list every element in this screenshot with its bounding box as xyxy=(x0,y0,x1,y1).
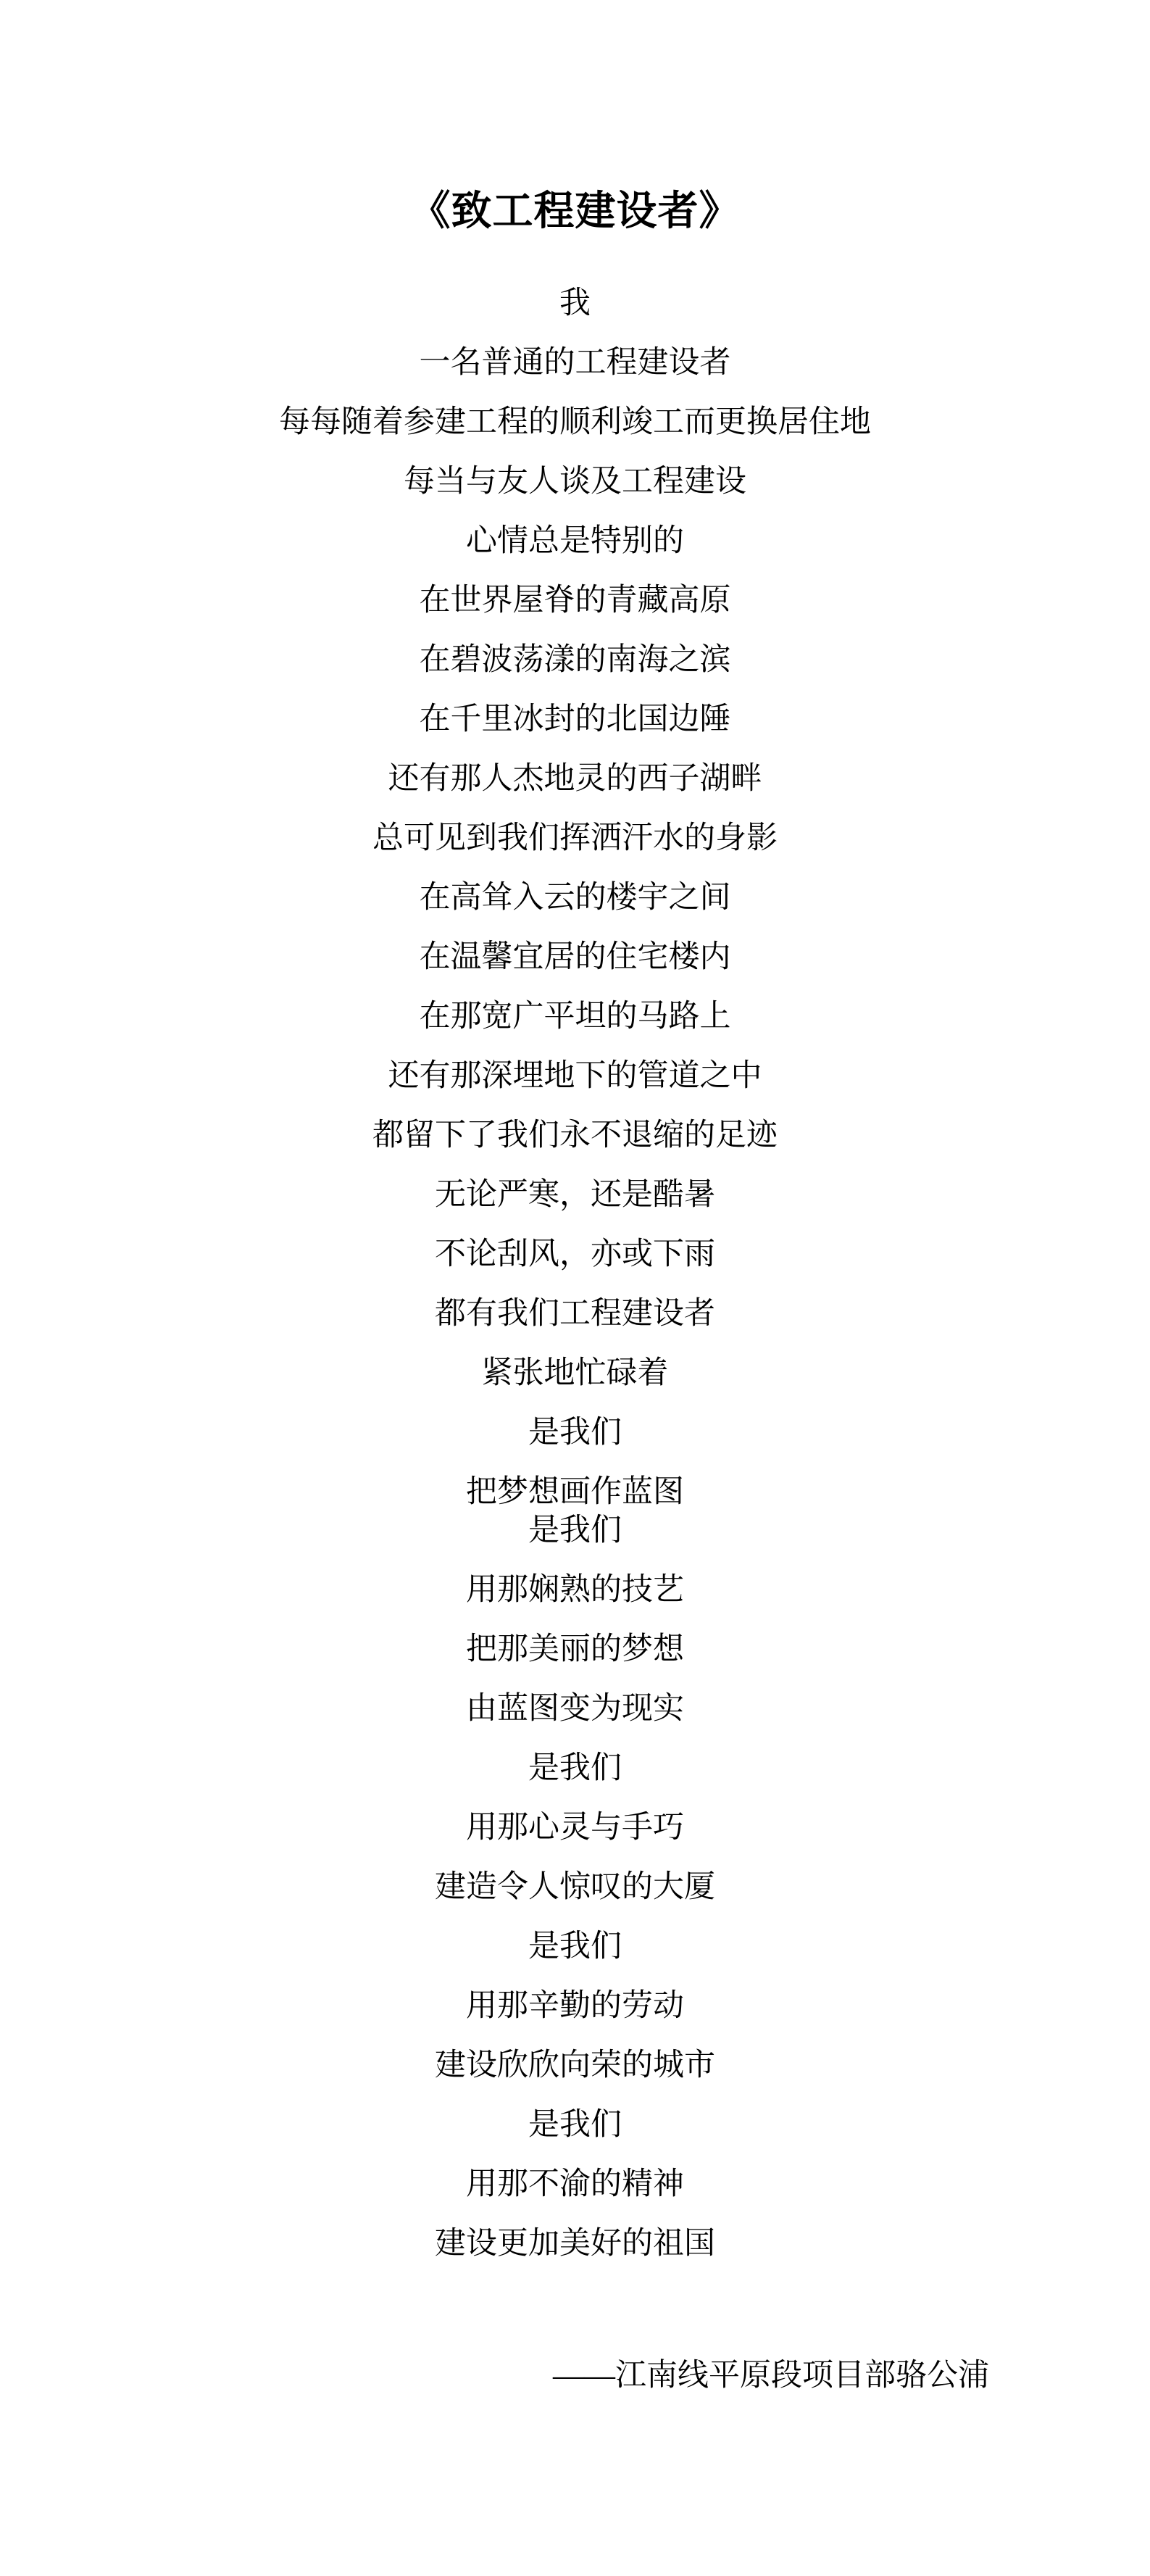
poem-line: 都留下了我们永不退缩的足迹 xyxy=(0,1120,1150,1152)
attribution-line: ——江南线平原段项目部骆公浦 xyxy=(0,2360,1150,2392)
poem-line: 每当与友人谈及工程建设 xyxy=(0,466,1150,498)
poem-line: 用那辛勤的劳动 xyxy=(0,1990,1150,2022)
poem-line: 我 xyxy=(0,288,1150,320)
poem-line: 把那美丽的梦想 xyxy=(0,1634,1150,1666)
poem-line: 是我们 xyxy=(0,1931,1150,1963)
poem-line: 心情总是特别的 xyxy=(0,525,1150,557)
poem-line: 紧张地忙碌着 xyxy=(0,1358,1150,1389)
poem-line: 建设欣欣向荣的城市 xyxy=(0,2050,1150,2082)
poem-title: 《致工程建设者》 xyxy=(0,0,1150,238)
poem-line: 是我们 xyxy=(0,1753,1150,1784)
poem-line: 都有我们工程建设者 xyxy=(0,1298,1150,1330)
poem-body: 我一名普通的工程建设者每每随着参建工程的顺利竣工而更换居住地每当与友人谈及工程建… xyxy=(0,288,1150,2260)
poem-line: 是我们 xyxy=(0,2109,1150,2141)
poem-line: 在碧波荡漾的南海之滨 xyxy=(0,644,1150,676)
poem-line: 在世界屋脊的青藏高原 xyxy=(0,585,1150,617)
poem-line: 总可见到我们挥洒汗水的身影 xyxy=(0,823,1150,855)
poem-line: 是我们 xyxy=(0,1515,1150,1547)
document-page: 《致工程建设者》 我一名普通的工程建设者每每随着参建工程的顺利竣工而更换居住地每… xyxy=(0,0,1150,2576)
poem-line: 无论严寒，还是酷暑 xyxy=(0,1179,1150,1211)
poem-line: 还有那深埋地下的管道之中 xyxy=(0,1060,1150,1092)
poem-line: 在高耸入云的楼宇之间 xyxy=(0,882,1150,914)
poem-line: 在那宽广平坦的马路上 xyxy=(0,1001,1150,1033)
poem-line: 不论刮风，亦或下雨 xyxy=(0,1239,1150,1271)
poem-line: 由蓝图变为现实 xyxy=(0,1693,1150,1725)
poem-line: 用那不渝的精神 xyxy=(0,2169,1150,2201)
poem-line: 把梦想画作蓝图 xyxy=(0,1476,1150,1508)
poem-line: 是我们 xyxy=(0,1417,1150,1449)
poem-line: 每每随着参建工程的顺利竣工而更换居住地 xyxy=(0,407,1150,439)
poem-line: 用那心灵与手巧 xyxy=(0,1812,1150,1844)
poem-line: 还有那人杰地灵的西子湖畔 xyxy=(0,763,1150,795)
poem-line: 建设更加美好的祖国 xyxy=(0,2228,1150,2260)
poem-line: 一名普通的工程建设者 xyxy=(0,347,1150,379)
poem-line: 建造令人惊叹的大厦 xyxy=(0,1871,1150,1903)
poem-line: 在温馨宜居的住宅楼内 xyxy=(0,942,1150,973)
poem-line: 用那娴熟的技艺 xyxy=(0,1574,1150,1606)
poem-line: 在千里冰封的北国边陲 xyxy=(0,704,1150,736)
